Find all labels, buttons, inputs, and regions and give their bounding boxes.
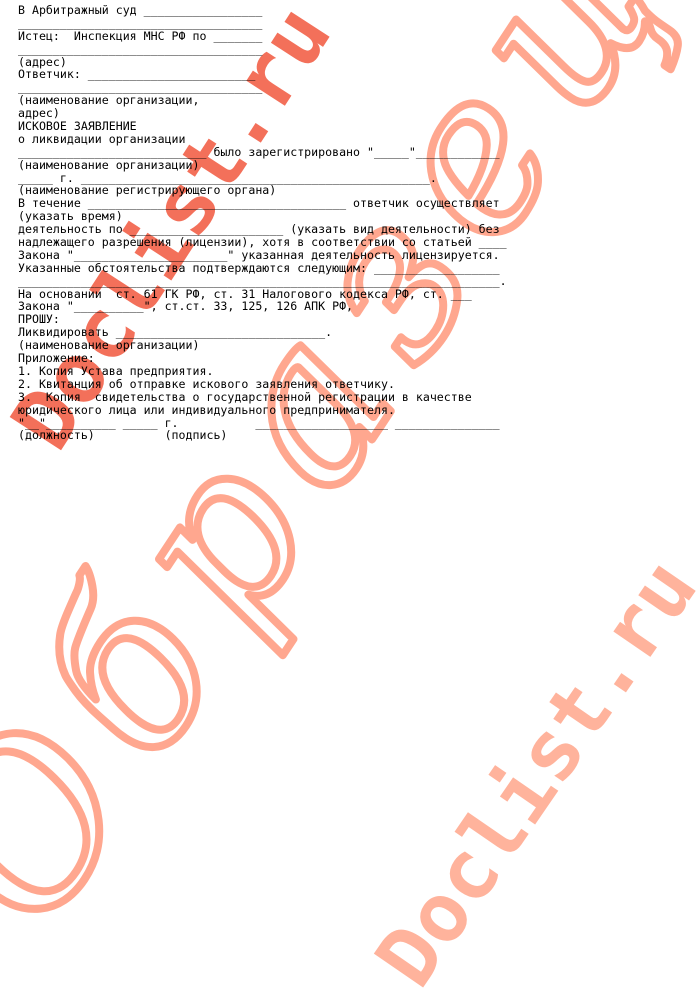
document-body: В Арбитражный суд ______________________… — [18, 4, 507, 442]
document-line: 3. Копия свидетельства о государственной… — [18, 391, 507, 404]
document-line: Приложение: — [18, 352, 507, 365]
document-line: Закона "______________________" указанна… — [18, 249, 507, 262]
document-line: Указанные обстоятельства подтверждаются … — [18, 262, 507, 275]
document-line: ________________________________________… — [18, 275, 507, 288]
document-line: В Арбитражный суд _________________ — [18, 4, 507, 17]
document-line: надлежащего разрешения (лицензии), хотя … — [18, 236, 507, 249]
document-line: (должность) (подпись) — [18, 429, 507, 442]
document-page: Образец Doclist.ru Doclist.ru В Арбитраж… — [0, 0, 700, 1000]
document-line: ___________________________________ — [18, 17, 507, 30]
document-line: ___________________________________ — [18, 43, 507, 56]
document-line: 2. Квитанция об отправке искового заявле… — [18, 378, 507, 391]
document-line: ___________________________ было зарегис… — [18, 146, 507, 159]
document-line: 1. Копия Устава предприятия. — [18, 365, 507, 378]
document-line: (наименование организации, — [18, 94, 507, 107]
document-line: (наименование организации) — [18, 159, 507, 172]
document-line: ИСКОВОЕ ЗАЯВЛЕНИЕ — [18, 120, 507, 133]
document-line: юридического лица или индивидуального пр… — [18, 404, 507, 417]
document-line: Закона "__________", ст.ст. 33, 125, 126… — [18, 300, 507, 313]
document-line: Истец: Инспекция МНС РФ по _______ — [18, 30, 507, 43]
document-line: о ликвидации организации — [18, 133, 507, 146]
watermark-doclist-bottom-text: Doclist.ru — [358, 543, 700, 1000]
